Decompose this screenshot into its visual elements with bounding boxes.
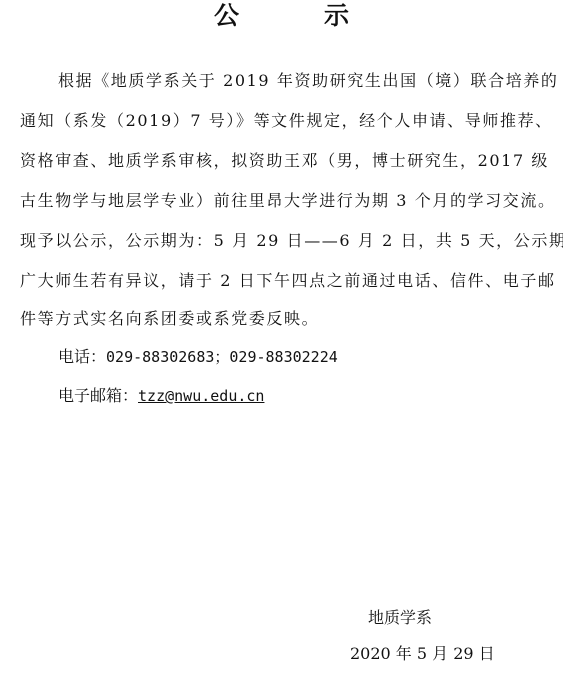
phone-label: 电话： — [58, 347, 106, 366]
email-row: 电子邮箱：tzz@nwu.edu.cn — [58, 385, 264, 407]
body-line: 广大师生若有异议，请于 2 日下午四点之前通过电话、信件、电子邮 — [20, 270, 556, 292]
email-link[interactable]: tzz@nwu.edu.cn — [138, 387, 264, 405]
body-line: 件等方式实名向系团委或系党委反映。 — [20, 308, 319, 330]
body-line: 现予以公示，公示期为：5 月 29 日——6 月 2 日，共 5 天，公示期内， — [20, 230, 563, 252]
phone-row: 电话：029-88302683；029-88302224 — [58, 346, 338, 368]
page-title: 公 示 — [0, 0, 563, 32]
phone-value: 029-88302683；029-88302224 — [106, 348, 338, 366]
body-line: 古生物学与地层学专业）前往里昂大学进行为期 3 个月的学习交流。 — [20, 190, 556, 212]
signature-date: 2020 年 5 月 29 日 — [350, 643, 495, 665]
body-line: 资格审查、地质学系审核，拟资助王邓（男，博士研究生，2017 级 — [20, 150, 549, 172]
signature-department: 地质学系 — [368, 607, 432, 629]
body-line: 根据《地质学系关于 2019 年资助研究生出国（境）联合培养的 — [58, 70, 559, 92]
body-line: 通知（系发（2019）7 号）》等文件规定，经个人申请、导师推荐、 — [20, 110, 553, 132]
email-label: 电子邮箱： — [58, 386, 138, 405]
